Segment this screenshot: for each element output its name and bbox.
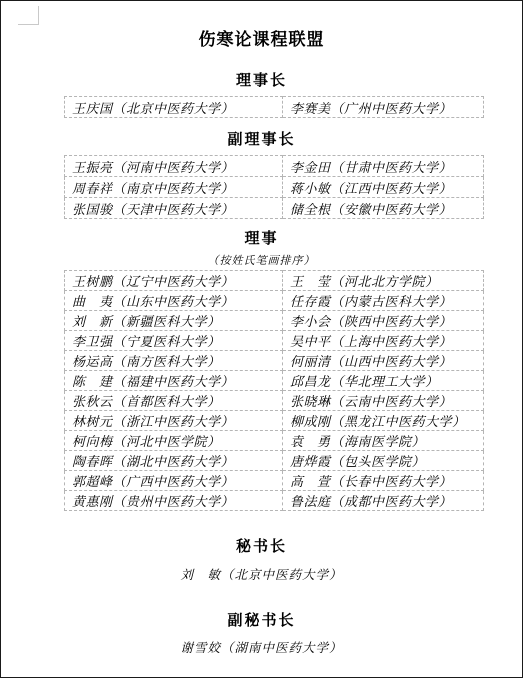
member-row: 王振亮（河南中医药大学）李金田（甘肃中医药大学） (65, 156, 484, 177)
vice-chairman-table: 王振亮（河南中医药大学）李金田（甘肃中医药大学）周春祥（南京中医药大学）蒋小敏（… (64, 155, 484, 219)
member-cell: 杨运高（南方医科大学） (65, 351, 283, 371)
member-cell: 林树元（浙江中医药大学） (65, 411, 283, 431)
member-cell: 张秋云（首都医科大学） (65, 391, 283, 411)
section-heading-secretary: 秘书长 (1, 537, 522, 557)
member-cell: 何丽清（山西中医药大学） (283, 351, 484, 371)
member-cell: 柯向梅（河北中医学院） (65, 431, 283, 451)
member-cell: 郭超峰（广西中医药大学） (65, 471, 283, 491)
directors-table: 王树鹏（辽宁中医药大学）王 莹（河北北方学院）曲 夷（山东中医药大学）任存霞（内… (64, 270, 484, 511)
member-row: 郭超峰（广西中医药大学）高 萱（长春中医药大学） (65, 471, 484, 491)
deputy-secretary-name-line: 谢雪姣（湖南中医药大学） (1, 641, 522, 656)
member-row: 刘 新（新疆医科大学）李小会（陕西中医药大学） (65, 311, 484, 331)
directors-sort-note: （按姓氏笔画排序） (1, 254, 522, 268)
member-row: 周春祥（南京中医药大学）蒋小敏（江西中医药大学） (65, 177, 484, 198)
section-heading-directors: 理事 (1, 229, 522, 249)
section-heading-chairman: 理事长 (1, 71, 522, 91)
member-cell: 陶春晖（湖北中医药大学） (65, 451, 283, 471)
member-row: 黄惠刚（贵州中医药大学）鲁法庭（成都中医药大学） (65, 491, 484, 511)
member-row: 柯向梅（河北中医学院）袁 勇（海南医学院） (65, 431, 484, 451)
document-page: 伤寒论课程联盟 理事长 王庆国（北京中医药大学）李赛美（广州中医药大学） 副理事… (0, 0, 523, 678)
member-row: 张秋云（首都医科大学）张晓琳（云南中医药大学） (65, 391, 484, 411)
member-cell: 王树鹏（辽宁中医药大学） (65, 271, 283, 291)
member-cell: 王 莹（河北北方学院） (283, 271, 484, 291)
member-cell: 李赛美（广州中医药大学） (283, 97, 484, 118)
member-cell: 高 萱（长春中医药大学） (283, 471, 484, 491)
member-cell: 周春祥（南京中医药大学） (65, 177, 283, 198)
member-cell: 柳成刚（黑龙江中医药大学） (283, 411, 484, 431)
member-row: 曲 夷（山东中医药大学）任存霞（内蒙古医科大学） (65, 291, 484, 311)
member-cell: 李金田（甘肃中医药大学） (283, 156, 484, 177)
member-row: 张国骏（天津中医药大学）储全根（安徽中医药大学） (65, 198, 484, 219)
secretary-name-line: 刘 敏（北京中医药大学） (1, 568, 522, 583)
member-row: 王庆国（北京中医药大学）李赛美（广州中医药大学） (65, 97, 484, 118)
member-cell: 邱昌龙（华北理工大学） (283, 371, 484, 391)
member-row: 林树元（浙江中医药大学）柳成刚（黑龙江中医药大学） (65, 411, 484, 431)
section-heading-vice-chairman: 副理事长 (1, 130, 522, 150)
chairman-table: 王庆国（北京中医药大学）李赛美（广州中医药大学） (64, 96, 484, 118)
member-cell: 李卫强（宁夏医科大学） (65, 331, 283, 351)
member-row: 陈 建（福建中医药大学）邱昌龙（华北理工大学） (65, 371, 484, 391)
page-title: 伤寒论课程联盟 (1, 1, 522, 51)
member-cell: 储全根（安徽中医药大学） (283, 198, 484, 219)
margin-corner-mark (18, 6, 39, 25)
member-cell: 王庆国（北京中医药大学） (65, 97, 283, 118)
member-cell: 唐烨霞（包头医学院） (283, 451, 484, 471)
section-heading-deputy-secretary: 副秘书长 (1, 611, 522, 631)
member-cell: 张国骏（天津中医药大学） (65, 198, 283, 219)
member-row: 李卫强（宁夏医科大学）吴中平（上海中医药大学） (65, 331, 484, 351)
member-row: 王树鹏（辽宁中医药大学）王 莹（河北北方学院） (65, 271, 484, 291)
member-cell: 张晓琳（云南中医药大学） (283, 391, 484, 411)
member-row: 陶春晖（湖北中医药大学）唐烨霞（包头医学院） (65, 451, 484, 471)
member-cell: 刘 新（新疆医科大学） (65, 311, 283, 331)
member-cell: 曲 夷（山东中医药大学） (65, 291, 283, 311)
member-cell: 李小会（陕西中医药大学） (283, 311, 484, 331)
member-cell: 袁 勇（海南医学院） (283, 431, 484, 451)
member-cell: 任存霞（内蒙古医科大学） (283, 291, 484, 311)
member-cell: 陈 建（福建中医药大学） (65, 371, 283, 391)
member-cell: 鲁法庭（成都中医药大学） (283, 491, 484, 511)
member-cell: 黄惠刚（贵州中医药大学） (65, 491, 283, 511)
member-cell: 蒋小敏（江西中医药大学） (283, 177, 484, 198)
member-cell: 王振亮（河南中医药大学） (65, 156, 283, 177)
member-cell: 吴中平（上海中医药大学） (283, 331, 484, 351)
member-row: 杨运高（南方医科大学）何丽清（山西中医药大学） (65, 351, 484, 371)
